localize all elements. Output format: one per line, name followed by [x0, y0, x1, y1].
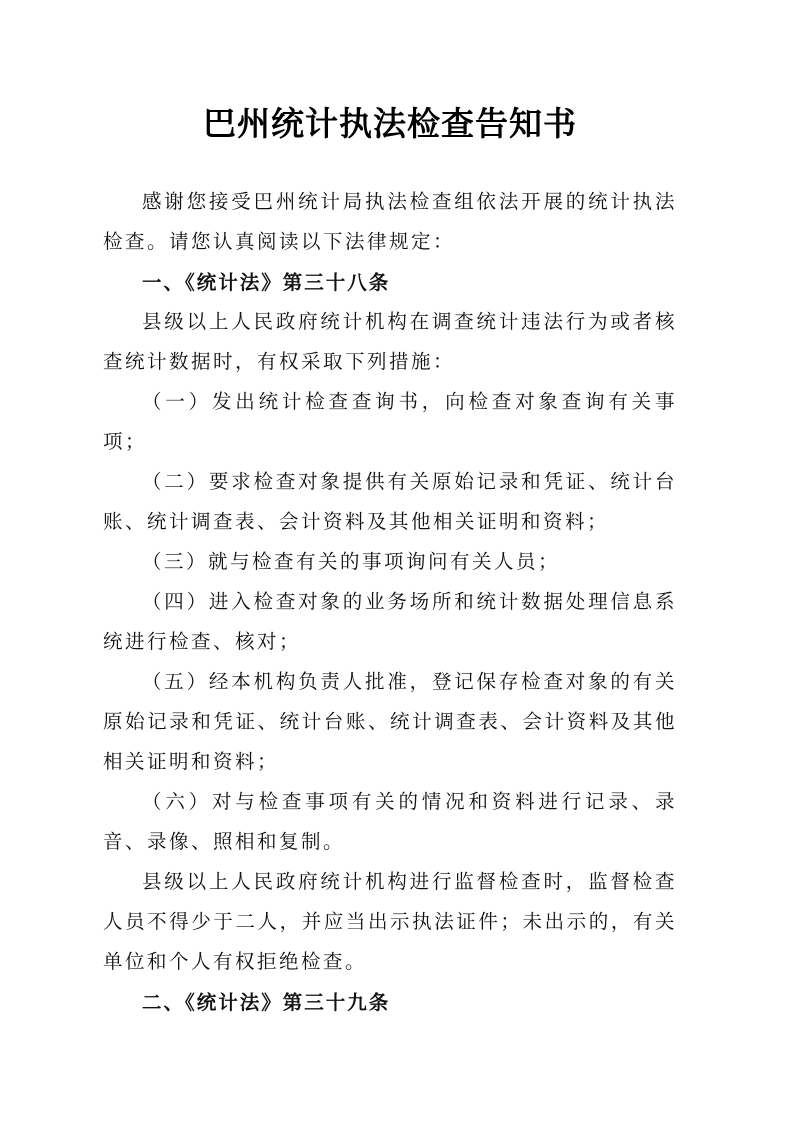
article-38-item-1: （一）发出统计检查查询书，向检查对象查询有关事项； [103, 383, 677, 463]
article-38-item-2: （二）要求检查对象提供有关原始记录和凭证、统计台账、统计调查表、会计资料及其他相… [103, 463, 677, 543]
article-39-heading: 二、《统计法》第三十九条 [103, 983, 677, 1023]
article-38-item-3: （三）就与检查有关的事项询问有关人员； [103, 543, 677, 583]
document-page: 巴州统计执法检查告知书 感谢您接受巴州统计局执法检查组依法开展的统计执法检查。请… [0, 0, 793, 1122]
article-38-closing-paragraph: 县级以上人民政府统计机构进行监督检查时，监督检查人员不得少于二人，并应当出示执法… [103, 863, 677, 983]
article-38-item-4: （四）进入检查对象的业务场所和统计数据处理信息系统进行检查、核对； [103, 583, 677, 663]
article-38-lead-paragraph: 县级以上人民政府统计机构在调查统计违法行为或者核查统计数据时，有权采取下列措施： [103, 303, 677, 383]
article-38-heading: 一、《统计法》第三十八条 [103, 263, 677, 303]
article-38-item-5: （五）经本机构负责人批准，登记保存检查对象的有关原始记录和凭证、统计台账、统计调… [103, 663, 677, 783]
article-38-item-6: （六）对与检查事项有关的情况和资料进行记录、录音、录像、照相和复制。 [103, 783, 677, 863]
document-title: 巴州统计执法检查告知书 [103, 103, 677, 147]
document-body: 感谢您接受巴州统计局执法检查组依法开展的统计执法检查。请您认真阅读以下法律规定：… [103, 183, 677, 1023]
intro-paragraph: 感谢您接受巴州统计局执法检查组依法开展的统计执法检查。请您认真阅读以下法律规定： [103, 183, 677, 263]
